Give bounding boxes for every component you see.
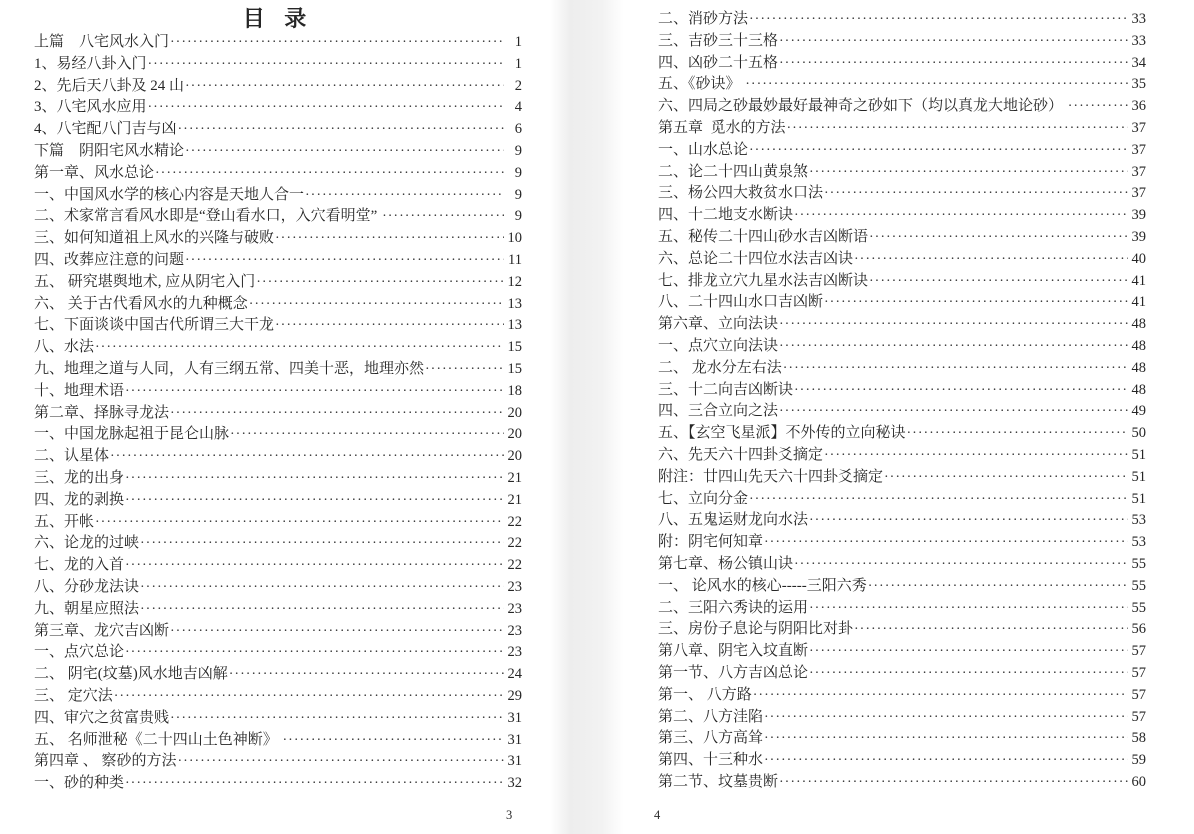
toc-entry: 一、点穴总论··································… [34, 642, 522, 664]
entry-page-number: 55 [1128, 576, 1146, 598]
toc-entry: 一、砂的种类··································… [34, 773, 522, 795]
toc-entry: 三、 定穴法··································… [34, 686, 522, 708]
entry-page-number: 15 [504, 359, 522, 381]
entry-page-number: 1 [504, 54, 522, 76]
dot-leader: ········································… [169, 32, 504, 54]
dot-leader: ········································… [853, 619, 1128, 641]
toc-entry: 四、三合立向之法································… [658, 401, 1146, 423]
entry-page-number: 6 [504, 119, 522, 141]
dot-leader: ········································… [793, 554, 1128, 576]
dot-leader: ········································… [748, 489, 1128, 511]
right-page-footer-number: 4 [654, 808, 660, 823]
toc-entry: 第四章 、 察砂的方法·····························… [34, 751, 522, 773]
toc-entry: 二、术家常言看风水即是“登山看水口，入穴看明堂” ···············… [34, 206, 522, 228]
dot-leader: ········································… [868, 227, 1128, 249]
entry-page-number: 39 [1128, 205, 1146, 227]
dot-leader: ········································… [169, 708, 504, 730]
entry-label: 第三章、龙穴吉凶断 [34, 621, 169, 643]
dot-leader: ········································… [94, 512, 504, 534]
toc-entry: 三、房份子息论与阴阳比对卦···························… [658, 619, 1146, 641]
entry-page-number: 37 [1128, 118, 1146, 140]
dot-leader: ········································… [808, 510, 1128, 532]
entry-page-number: 55 [1128, 554, 1146, 576]
dot-leader: ········································… [808, 162, 1128, 184]
dot-leader: ········································… [752, 685, 1128, 707]
entry-label: 六、总论二十四位水法吉凶诀 [658, 249, 853, 271]
entry-page-number: 56 [1128, 619, 1146, 641]
toc-entry: 下篇 阴阳宅风水精论······························… [34, 141, 522, 163]
entry-label: 九、地理之道与人同，人有三纲五常、四美十恶，地理亦然 [34, 359, 424, 381]
entry-label: 4、八宅配八门吉与凶 [34, 119, 177, 141]
entry-label: 四、凶砂二十五格 [658, 53, 778, 75]
toc-entry: 四、十二地支水断诀·······························… [658, 205, 1146, 227]
dot-leader: ········································… [744, 74, 1128, 96]
entry-page-number: 22 [504, 533, 522, 555]
dot-leader: ········································… [793, 205, 1128, 227]
dot-leader: ········································… [274, 228, 504, 250]
entry-label: 一、 论风水的核心-----三阳六秀 [658, 576, 867, 598]
toc-entry: 四、改葬应注意的问题······························… [34, 250, 522, 272]
toc-entry: 第一、 八方路·································… [658, 685, 1146, 707]
entry-page-number: 53 [1128, 510, 1146, 532]
entry-page-number: 51 [1128, 489, 1146, 511]
toc-entry: 第八章、阴宅入坟直断······························… [658, 641, 1146, 663]
right-page: 二、消砂方法··································… [658, 9, 1146, 794]
entry-label: 1、易经八卦入门 [34, 54, 147, 76]
toc-entry: 第五章 觅水的方法·······························… [658, 118, 1146, 140]
toc-entry: 第六章、立向法诀································… [658, 314, 1146, 336]
dot-leader: ········································… [255, 272, 504, 294]
toc-entry: 第一章、风水总论································… [34, 163, 522, 185]
entry-page-number: 50 [1128, 423, 1146, 445]
toc-entry: 十、地理术语··································… [34, 381, 522, 403]
toc-entry: 四、审穴之贫富贵贱·······························… [34, 708, 522, 730]
dot-leader: ········································… [823, 183, 1128, 205]
dot-leader: ········································… [381, 206, 504, 228]
dot-leader: ········································… [823, 445, 1128, 467]
entry-page-number: 32 [504, 773, 522, 795]
entry-label: 八、分砂龙法诀 [34, 577, 139, 599]
dot-leader: ········································… [124, 468, 504, 490]
toc-entry: 3、八宅风水应用································… [34, 97, 522, 119]
dot-leader: ········································… [139, 599, 504, 621]
toc-entry: 六、总论二十四位水法吉凶诀···························… [658, 249, 1146, 271]
entry-label: 附注：廿四山先天六十四卦爻摘定 [658, 467, 883, 489]
entry-label: 三、杨公四大救贫水口法 [658, 183, 823, 205]
entry-label: 附：阴宅何知章 [658, 532, 763, 554]
entry-label: 一、山水总论 [658, 140, 748, 162]
entry-label: 第八章、阴宅入坟直断 [658, 641, 808, 663]
left-page-footer-number: 3 [506, 808, 512, 823]
entry-page-number: 22 [504, 512, 522, 534]
entry-page-number: 2 [504, 76, 522, 98]
entry-page-number: 4 [504, 97, 522, 119]
dot-leader: ········································… [177, 119, 504, 141]
toc-entry: 一、点穴立向法诀································… [658, 336, 1146, 358]
dot-leader: ········································… [124, 490, 504, 512]
entry-page-number: 37 [1128, 140, 1146, 162]
toc-entry: 二、 阴宅(坟墓)风水地吉凶解·························… [34, 664, 522, 686]
entry-label: 六、四局之砂最妙最好最神奇之砂如下（均以真龙大地论砂） [658, 96, 1067, 118]
dot-leader: ········································… [782, 358, 1128, 380]
toc-entry: 第二章、择脉寻龙法·······························… [34, 403, 522, 425]
entry-page-number: 31 [504, 708, 522, 730]
entry-label: 五、 研究堪舆地术, 应从阴宅入门 [34, 272, 255, 294]
entry-page-number: 24 [504, 664, 522, 686]
toc-entry: 第二、八方洼陷·································… [658, 707, 1146, 729]
toc-spread: 目 录 上篇 八宅风水入门···························… [0, 0, 1194, 834]
entry-label: 三、房份子息论与阴阳比对卦 [658, 619, 853, 641]
entry-label: 下篇 阴阳宅风水精论 [34, 141, 184, 163]
entry-label: 二、论二十四山黄泉煞 [658, 162, 808, 184]
dot-leader: ········································… [1067, 96, 1128, 118]
entry-label: 四、三合立向之法 [658, 401, 778, 423]
toc-entry: 第三章、龙穴吉凶断·······························… [34, 621, 522, 643]
toc-entry: 六、论龙的过峡·································… [34, 533, 522, 555]
entry-page-number: 41 [1128, 292, 1146, 314]
entry-page-number: 20 [504, 403, 522, 425]
dot-leader: ········································… [763, 532, 1128, 554]
entry-label: 七、下面谈谈中国古代所谓三大干龙 [34, 315, 274, 337]
toc-entry: 五、秘传二十四山砂水吉凶断语··························… [658, 227, 1146, 249]
entry-label: 五、 名师泄秘《二十四山土色神断》 [34, 730, 282, 752]
entry-page-number: 37 [1128, 183, 1146, 205]
dot-leader: ········································… [763, 750, 1128, 772]
dot-leader: ········································… [184, 76, 504, 98]
entry-label: 五、《砂诀》 [658, 74, 744, 96]
toc-entry: 一、中国风水学的核心内容是天地人合一······················… [34, 185, 522, 207]
toc-entry: 2、先后天八卦及 24 山···························… [34, 76, 522, 98]
dot-leader: ········································… [274, 315, 504, 337]
dot-leader: ········································… [867, 576, 1128, 598]
toc-entry: 五、【玄空飞星派】不外传的立向秘诀·······················… [658, 423, 1146, 445]
dot-leader: ········································… [778, 314, 1128, 336]
dot-leader: ········································… [808, 641, 1128, 663]
entry-page-number: 23 [504, 577, 522, 599]
entry-label: 七、龙的入首 [34, 555, 124, 577]
entry-label: 二、三阳六秀诀的运用 [658, 598, 808, 620]
entry-label: 八、二十四山水口吉凶断 [658, 292, 823, 314]
toc-entry: 六、先天六十四卦爻摘定·····························… [658, 445, 1146, 467]
dot-leader: ········································… [147, 54, 504, 76]
entry-page-number: 57 [1128, 685, 1146, 707]
dot-leader: ········································… [229, 424, 504, 446]
dot-leader: ········································… [184, 141, 504, 163]
entry-label: 第七章、杨公镇山诀 [658, 554, 793, 576]
entry-page-number: 33 [1128, 31, 1146, 53]
toc-entry: 附：阴宅何知章·································… [658, 532, 1146, 554]
dot-leader: ········································… [169, 403, 504, 425]
entry-page-number: 11 [504, 250, 522, 272]
entry-label: 二、 阴宅(坟墓)风水地吉凶解 [34, 664, 228, 686]
entry-page-number: 9 [504, 185, 522, 207]
dot-leader: ········································… [139, 577, 504, 599]
entry-page-number: 40 [1128, 249, 1146, 271]
entry-page-number: 31 [504, 751, 522, 773]
toc-entry: 七、排龙立穴九星水法吉凶断诀··························… [658, 271, 1146, 293]
entry-page-number: 23 [504, 642, 522, 664]
dot-leader: ········································… [793, 380, 1128, 402]
dot-leader: ········································… [883, 467, 1128, 489]
entry-label: 八、五鬼运财龙向水法 [658, 510, 808, 532]
toc-entry: 八、水法····································… [34, 337, 522, 359]
entry-page-number: 55 [1128, 598, 1146, 620]
toc-entry: 六、 关于古代看风水的九种概念·························… [34, 294, 522, 316]
toc-entry: 五、 研究堪舆地术, 应从阴宅入门·······················… [34, 272, 522, 294]
entry-label: 上篇 八宅风水入门 [34, 32, 169, 54]
toc-entry: 二、消砂方法··································… [658, 9, 1146, 31]
entry-page-number: 1 [504, 32, 522, 54]
dot-leader: ········································… [94, 337, 504, 359]
toc-entry: 4、八宅配八门吉与凶······························… [34, 119, 522, 141]
dot-leader: ········································… [853, 249, 1128, 271]
entry-label: 四、龙的剥换 [34, 490, 124, 512]
dot-leader: ········································… [169, 621, 504, 643]
dot-leader: ········································… [184, 250, 504, 272]
entry-page-number: 10 [504, 228, 522, 250]
page-gutter-shadow [550, 0, 624, 834]
entry-label: 三、 定穴法 [34, 686, 113, 708]
toc-entry: 第七章、杨公镇山诀·······························… [658, 554, 1146, 576]
dot-leader: ········································… [778, 53, 1128, 75]
toc-entry: 一、山水总论··································… [658, 140, 1146, 162]
dot-leader: ········································… [154, 163, 504, 185]
entry-page-number: 35 [1128, 74, 1146, 96]
entry-page-number: 49 [1128, 401, 1146, 423]
entry-page-number: 41 [1128, 271, 1146, 293]
dot-leader: ········································… [228, 664, 504, 686]
dot-leader: ········································… [124, 642, 504, 664]
toc-entry: 上篇 八宅风水入门·······························… [34, 32, 522, 54]
entry-label: 三、龙的出身 [34, 468, 124, 490]
dot-leader: ········································… [282, 730, 504, 752]
toc-entry: 第三、八方高耸·································… [658, 728, 1146, 750]
entry-page-number: 31 [504, 730, 522, 752]
toc-entry: 五、 名师泄秘《二十四山土色神断》 ······················… [34, 730, 522, 752]
entry-page-number: 9 [504, 141, 522, 163]
dot-leader: ········································… [424, 359, 504, 381]
entry-label: 五、【玄空飞星派】不外传的立向秘诀 [658, 423, 906, 445]
toc-entry: 二、三阳六秀诀的运用······························… [658, 598, 1146, 620]
entry-page-number: 33 [1128, 9, 1146, 31]
entry-label: 一、中国风水学的核心内容是天地人合一 [34, 185, 304, 207]
toc-list-right: 二、消砂方法··································… [658, 9, 1146, 794]
toc-entry: 四、凶砂二十五格································… [658, 53, 1146, 75]
dot-leader: ········································… [124, 773, 504, 795]
toc-title: 目 录 [34, 6, 522, 32]
dot-leader: ········································… [748, 140, 1128, 162]
dot-leader: ········································… [823, 292, 1128, 314]
entry-page-number: 13 [504, 315, 522, 337]
entry-label: 二、术家常言看风水即是“登山看水口，入穴看明堂” [34, 206, 381, 228]
toc-entry: 五、《砂诀》 ·································… [658, 74, 1146, 96]
dot-leader: ········································… [786, 118, 1128, 140]
dot-leader: ········································… [868, 271, 1128, 293]
dot-leader: ········································… [177, 751, 504, 773]
entry-page-number: 59 [1128, 750, 1146, 772]
toc-entry: 八、五鬼运财龙向水法······························… [658, 510, 1146, 532]
entry-label: 三、吉砂三十三格 [658, 31, 778, 53]
entry-page-number: 48 [1128, 358, 1146, 380]
entry-page-number: 37 [1128, 162, 1146, 184]
entry-label: 二、消砂方法 [658, 9, 748, 31]
dot-leader: ········································… [248, 294, 504, 316]
toc-entry: 二、论二十四山黄泉煞······························… [658, 162, 1146, 184]
dot-leader: ········································… [778, 31, 1128, 53]
entry-label: 九、朝星应照法 [34, 599, 139, 621]
toc-entry: 三、十二向吉凶断诀·······························… [658, 380, 1146, 402]
entry-label: 五、开帐 [34, 512, 94, 534]
entry-page-number: 22 [504, 555, 522, 577]
entry-page-number: 20 [504, 446, 522, 468]
entry-label: 第一、 八方路 [658, 685, 752, 707]
entry-page-number: 39 [1128, 227, 1146, 249]
dot-leader: ········································… [906, 423, 1128, 445]
dot-leader: ········································… [778, 336, 1128, 358]
toc-entry: 三、杨公四大救贫水口法·····························… [658, 183, 1146, 205]
entry-label: 2、先后天八卦及 24 山 [34, 76, 184, 98]
entry-page-number: 9 [504, 163, 522, 185]
dot-leader: ········································… [808, 663, 1128, 685]
toc-entry: 九、朝星应照法·································… [34, 599, 522, 621]
entry-label: 七、立向分金 [658, 489, 748, 511]
left-page: 目 录 上篇 八宅风水入门···························… [34, 6, 522, 795]
entry-page-number: 21 [504, 468, 522, 490]
toc-entry: 附注：廿四山先天六十四卦爻摘定·························… [658, 467, 1146, 489]
dot-leader: ········································… [763, 728, 1128, 750]
toc-entry: 三、龙的出身··································… [34, 468, 522, 490]
entry-label: 第二节、坟墓贵断 [658, 772, 778, 794]
entry-label: 三、十二向吉凶断诀 [658, 380, 793, 402]
entry-page-number: 15 [504, 337, 522, 359]
toc-entry: 二、 龙水分左右法·······························… [658, 358, 1146, 380]
dot-leader: ········································… [147, 97, 504, 119]
entry-page-number: 48 [1128, 336, 1146, 358]
entry-page-number: 57 [1128, 663, 1146, 685]
toc-entry: 三、如何知道祖上风水的兴隆与破败························… [34, 228, 522, 250]
entry-label: 第一节、八方吉凶总论 [658, 663, 808, 685]
toc-entry: 五、开帐····································… [34, 512, 522, 534]
entry-page-number: 51 [1128, 445, 1146, 467]
entry-label: 八、水法 [34, 337, 94, 359]
entry-page-number: 57 [1128, 641, 1146, 663]
entry-label: 一、点穴立向法诀 [658, 336, 778, 358]
toc-entry: 四、龙的剥换··································… [34, 490, 522, 512]
dot-leader: ········································… [304, 185, 504, 207]
dot-leader: ········································… [113, 686, 504, 708]
toc-list-left: 上篇 八宅风水入门·······························… [34, 32, 522, 795]
entry-label: 第二、八方洼陷 [658, 707, 763, 729]
entry-page-number: 20 [504, 424, 522, 446]
dot-leader: ········································… [778, 401, 1128, 423]
entry-page-number: 18 [504, 381, 522, 403]
toc-entry: 七、立向分金··································… [658, 489, 1146, 511]
entry-page-number: 51 [1128, 467, 1146, 489]
entry-page-number: 29 [504, 686, 522, 708]
dot-leader: ········································… [124, 381, 504, 403]
toc-entry: 二、认星体···································… [34, 446, 522, 468]
entry-label: 二、认星体 [34, 446, 109, 468]
toc-entry: 第二节、坟墓贵断································… [658, 772, 1146, 794]
toc-entry: 一、 论风水的核心-----三阳六秀······················… [658, 576, 1146, 598]
entry-label: 十、地理术语 [34, 381, 124, 403]
entry-page-number: 34 [1128, 53, 1146, 75]
dot-leader: ········································… [808, 598, 1128, 620]
entry-label: 第四章 、 察砂的方法 [34, 751, 177, 773]
entry-page-number: 57 [1128, 707, 1146, 729]
entry-label: 六、先天六十四卦爻摘定 [658, 445, 823, 467]
entry-label: 四、改葬应注意的问题 [34, 250, 184, 272]
entry-page-number: 9 [504, 206, 522, 228]
entry-label: 一、砂的种类 [34, 773, 124, 795]
entry-page-number: 13 [504, 294, 522, 316]
entry-label: 第五章 觅水的方法 [658, 118, 786, 140]
dot-leader: ········································… [748, 9, 1128, 31]
entry-label: 四、审穴之贫富贵贱 [34, 708, 169, 730]
toc-entry: 六、四局之砂最妙最好最神奇之砂如下（均以真龙大地论砂） ············… [658, 96, 1146, 118]
entry-page-number: 48 [1128, 314, 1146, 336]
entry-label: 六、 关于古代看风水的九种概念 [34, 294, 248, 316]
entry-page-number: 60 [1128, 772, 1146, 794]
entry-page-number: 23 [504, 599, 522, 621]
entry-label: 第六章、立向法诀 [658, 314, 778, 336]
toc-entry: 七、龙的入首··································… [34, 555, 522, 577]
entry-label: 一、点穴总论 [34, 642, 124, 664]
toc-entry: 第一节、八方吉凶总论······························… [658, 663, 1146, 685]
entry-label: 第二章、择脉寻龙法 [34, 403, 169, 425]
entry-label: 3、八宅风水应用 [34, 97, 147, 119]
dot-leader: ········································… [778, 772, 1128, 794]
toc-entry: 七、下面谈谈中国古代所谓三大干龙························… [34, 315, 522, 337]
dot-leader: ········································… [109, 446, 504, 468]
dot-leader: ········································… [763, 707, 1128, 729]
entry-label: 五、秘传二十四山砂水吉凶断语 [658, 227, 868, 249]
toc-entry: 第四、十三种水·································… [658, 750, 1146, 772]
entry-page-number: 36 [1128, 96, 1146, 118]
entry-label: 一、中国龙脉起祖于昆仑山脉 [34, 424, 229, 446]
toc-entry: 八、二十四山水口吉凶断·····························… [658, 292, 1146, 314]
entry-page-number: 58 [1128, 728, 1146, 750]
entry-label: 三、如何知道祖上风水的兴隆与破败 [34, 228, 274, 250]
entry-label: 四、十二地支水断诀 [658, 205, 793, 227]
dot-leader: ········································… [139, 533, 504, 555]
toc-entry: 1、易经八卦入门································… [34, 54, 522, 76]
dot-leader: ········································… [124, 555, 504, 577]
entry-label: 第四、十三种水 [658, 750, 763, 772]
toc-entry: 八、分砂龙法诀·································… [34, 577, 522, 599]
entry-label: 第三、八方高耸 [658, 728, 763, 750]
toc-entry: 三、吉砂三十三格································… [658, 31, 1146, 53]
entry-page-number: 21 [504, 490, 522, 512]
entry-page-number: 48 [1128, 380, 1146, 402]
entry-page-number: 12 [504, 272, 522, 294]
entry-page-number: 53 [1128, 532, 1146, 554]
entry-label: 二、 龙水分左右法 [658, 358, 782, 380]
toc-entry: 九、地理之道与人同，人有三纲五常、四美十恶，地理亦然··············… [34, 359, 522, 381]
entry-label: 七、排龙立穴九星水法吉凶断诀 [658, 271, 868, 293]
entry-page-number: 23 [504, 621, 522, 643]
entry-label: 六、论龙的过峡 [34, 533, 139, 555]
entry-label: 第一章、风水总论 [34, 163, 154, 185]
toc-entry: 一、中国龙脉起祖于昆仑山脉···························… [34, 424, 522, 446]
